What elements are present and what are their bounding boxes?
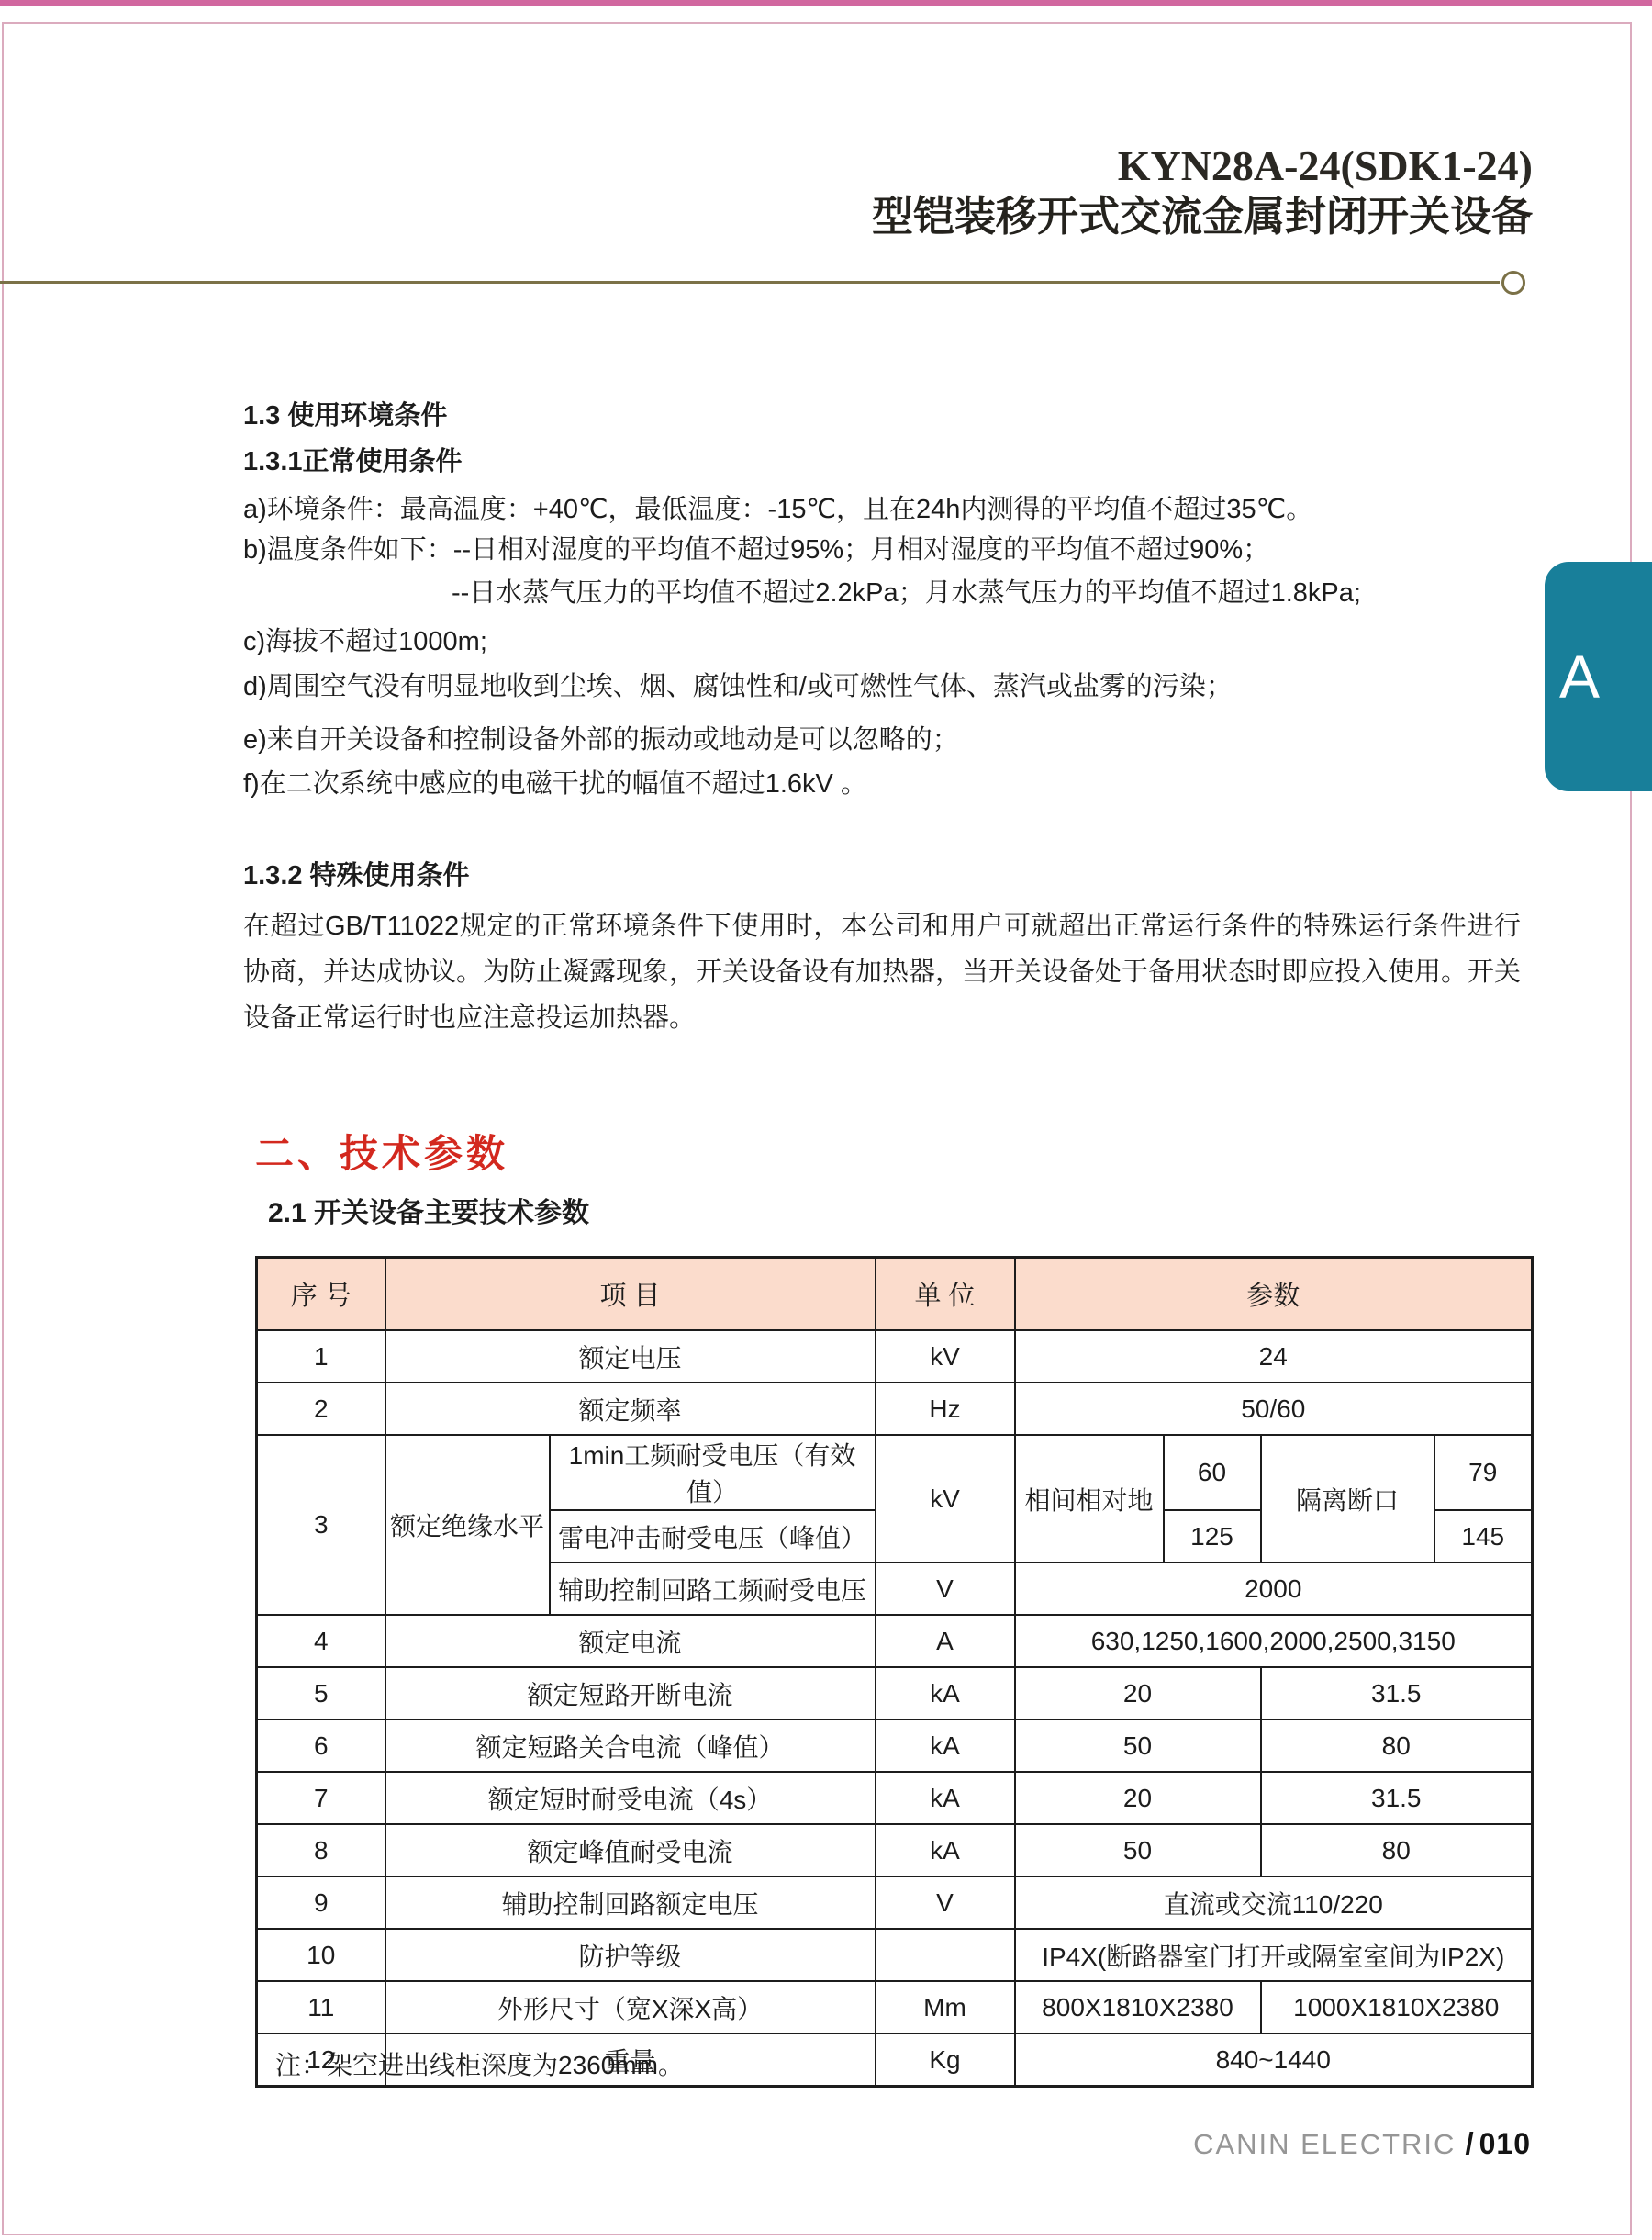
heading-1-3: 1.3 使用环境条件 [243, 395, 447, 432]
table-row: 4 额定电流 A 630,1250,1600,2000,2500,3150 [257, 1615, 1533, 1667]
condition-b-line2: --日水蒸气压力的平均值不超过2.2kPa；月水蒸气压力的平均值不超过1.8kP… [452, 572, 1361, 610]
cell-no: 2 [257, 1383, 385, 1435]
cell-param: 630,1250,1600,2000,2500,3150 [1015, 1615, 1533, 1667]
cell-item: 额定短路开断电流 [385, 1667, 876, 1719]
footer-brand: CANIN ELECTRIC [1193, 2128, 1456, 2160]
cell-unit: kA [876, 1667, 1015, 1719]
cell-item: 额定短路关合电流（峰值） [385, 1719, 876, 1772]
cell-unit: kA [876, 1824, 1015, 1876]
cell-param-right: 1000X1810X2380 [1261, 1981, 1533, 2033]
cell-unit: Kg [876, 2033, 1015, 2087]
cell-item: 额定电压 [385, 1330, 876, 1383]
top-accent-strip [0, 0, 1652, 6]
cell-no: 1 [257, 1330, 385, 1383]
cell-param-right: 31.5 [1261, 1667, 1533, 1719]
cell-no: 6 [257, 1719, 385, 1772]
condition-c: c)海拔不超过1000m; [243, 621, 487, 658]
cell-param-right: 80 [1261, 1719, 1533, 1772]
cell-unit [876, 1929, 1015, 1981]
table-header-row: 序 号 项 目 单 位 参数 [257, 1258, 1533, 1331]
cell-no: 8 [257, 1824, 385, 1876]
heading-1-3-2: 1.3.2 特殊使用条件 [243, 855, 470, 892]
cell-unit: kV [876, 1435, 1015, 1562]
cell-unit: kV [876, 1330, 1015, 1383]
cell-no: 5 [257, 1667, 385, 1719]
cell-param-right: 31.5 [1261, 1772, 1533, 1824]
cell-param: IP4X(断路器室门打开或隔室室间为IP2X) [1015, 1929, 1533, 1981]
special-conditions-paragraph: 在超过GB/T11022规定的正常环境条件下使用时，本公司和用户可就超出正常运行… [243, 903, 1521, 1041]
cell-no: 3 [257, 1435, 385, 1615]
cell-param-value: 79 [1434, 1435, 1533, 1510]
condition-b-line1: b)温度条件如下：--日相对湿度的平均值不超过95%；月相对湿度的平均值不超过9… [243, 529, 1269, 566]
footer-page-number: 010 [1479, 2127, 1531, 2160]
tech-params-table: 序 号 项 目 单 位 参数 1 额定电压 kV 24 2 额定频率 Hz 50… [255, 1256, 1534, 2088]
table-body: 序 号 项 目 单 位 参数 1 额定电压 kV 24 2 额定频率 Hz 50… [257, 1258, 1533, 2087]
cell-param-value: 60 [1164, 1435, 1261, 1510]
product-model-title: KYN28A-24(SDK1-24) [872, 145, 1533, 187]
condition-d: d)周围空气没有明显地收到尘埃、烟、腐蚀性和/或可燃性气体、蒸汽或盐雾的污染； [243, 666, 1233, 703]
table-row: 10 防护等级 IP4X(断路器室门打开或隔室室间为IP2X) [257, 1929, 1533, 1981]
cell-unit: kA [876, 1719, 1015, 1772]
table-row: 9 辅助控制回路额定电压 V 直流或交流110/220 [257, 1876, 1533, 1929]
col-header-unit: 单 位 [876, 1258, 1015, 1331]
cell-unit: V [876, 1562, 1015, 1615]
heading-2-1: 2.1 开关设备主要技术参数 [268, 1190, 589, 1230]
cell-item: 外形尺寸（宽X深X高） [385, 1981, 876, 2033]
page-header: KYN28A-24(SDK1-24) 型铠装移开式交流金属封闭开关设备 [872, 145, 1533, 237]
cell-param-left: 20 [1015, 1667, 1261, 1719]
product-name-title: 型铠装移开式交流金属封闭开关设备 [872, 196, 1533, 237]
page-footer: CANIN ELECTRIC/010 [255, 2126, 1531, 2161]
section-index-tab: A [1545, 562, 1652, 791]
cell-no: 4 [257, 1615, 385, 1667]
cell-no: 7 [257, 1772, 385, 1824]
cell-param-phase-label: 相间相对地 [1015, 1435, 1164, 1562]
cell-no: 10 [257, 1929, 385, 1981]
cell-param: 24 [1015, 1330, 1533, 1383]
cell-param: 840~1440 [1015, 2033, 1533, 2087]
cell-item-group: 额定绝缘水平 [385, 1435, 550, 1615]
table-row: 8 额定峰值耐受电流 kA 50 80 [257, 1824, 1533, 1876]
table-note: 注：架空进出线柜深度为2360mm。 [275, 2045, 684, 2082]
table-row: 2 额定频率 Hz 50/60 [257, 1383, 1533, 1435]
cell-param-left: 800X1810X2380 [1015, 1981, 1261, 2033]
cell-unit: A [876, 1615, 1015, 1667]
cell-unit: Mm [876, 1981, 1015, 2033]
cell-param-left: 50 [1015, 1824, 1261, 1876]
cell-subitem: 雷电冲击耐受电压（峰值） [550, 1510, 876, 1562]
table-row: 11 外形尺寸（宽X深X高） Mm 800X1810X2380 1000X181… [257, 1981, 1533, 2033]
cell-subitem: 辅助控制回路工频耐受电压 [550, 1562, 876, 1615]
cell-item: 防护等级 [385, 1929, 876, 1981]
cell-item: 额定峰值耐受电流 [385, 1824, 876, 1876]
cell-unit: Hz [876, 1383, 1015, 1435]
cell-param-gap-label: 隔离断口 [1261, 1435, 1434, 1562]
cell-unit: V [876, 1876, 1015, 1929]
table-row: 6 额定短路关合电流（峰值） kA 50 80 [257, 1719, 1533, 1772]
table-row: 1 额定电压 kV 24 [257, 1330, 1533, 1383]
cell-param: 50/60 [1015, 1383, 1533, 1435]
cell-param-right: 80 [1261, 1824, 1533, 1876]
footer-separator: / [1456, 2126, 1479, 2160]
section-index-letter: A [1559, 646, 1600, 707]
cell-no: 11 [257, 1981, 385, 2033]
condition-e: e)来自开关设备和控制设备外部的振动或地动是可以忽略的； [243, 719, 959, 756]
header-divider-line [0, 281, 1500, 284]
col-header-item: 项 目 [385, 1258, 876, 1331]
heading-1-3-1: 1.3.1正常使用条件 [243, 441, 463, 478]
catalog-page: { "page": { "title_line1": "KYN28A-24(SD… [0, 0, 1652, 2240]
cell-item: 额定短时耐受电流（4s） [385, 1772, 876, 1824]
cell-unit: kA [876, 1772, 1015, 1824]
heading-section-2: 二、技术参数 [255, 1124, 508, 1179]
cell-item: 额定电流 [385, 1615, 876, 1667]
table-row: 7 额定短时耐受电流（4s） kA 20 31.5 [257, 1772, 1533, 1824]
cell-param: 直流或交流110/220 [1015, 1876, 1533, 1929]
cell-param: 2000 [1015, 1562, 1533, 1615]
col-header-no: 序 号 [257, 1258, 385, 1331]
condition-a: a)环境条件：最高温度：+40℃，最低温度：-15℃，且在24h内测得的平均值不… [243, 488, 1312, 526]
cell-param-left: 50 [1015, 1719, 1261, 1772]
cell-param-value: 145 [1434, 1510, 1533, 1562]
header-divider-ring [1501, 271, 1525, 295]
col-header-param: 参数 [1015, 1258, 1533, 1331]
cell-item: 辅助控制回路额定电压 [385, 1876, 876, 1929]
table-row-insulation-sub1: 3 额定绝缘水平 1min工频耐受电压（有效值） kV 相间相对地 60 隔离断… [257, 1435, 1533, 1510]
cell-no: 9 [257, 1876, 385, 1929]
cell-param-value: 125 [1164, 1510, 1261, 1562]
cell-item: 额定频率 [385, 1383, 876, 1435]
cell-subitem: 1min工频耐受电压（有效值） [550, 1435, 876, 1510]
cell-param-left: 20 [1015, 1772, 1261, 1824]
condition-f: f)在二次系统中感应的电磁干扰的幅值不超过1.6kV 。 [243, 763, 867, 801]
table-row: 5 额定短路开断电流 kA 20 31.5 [257, 1667, 1533, 1719]
